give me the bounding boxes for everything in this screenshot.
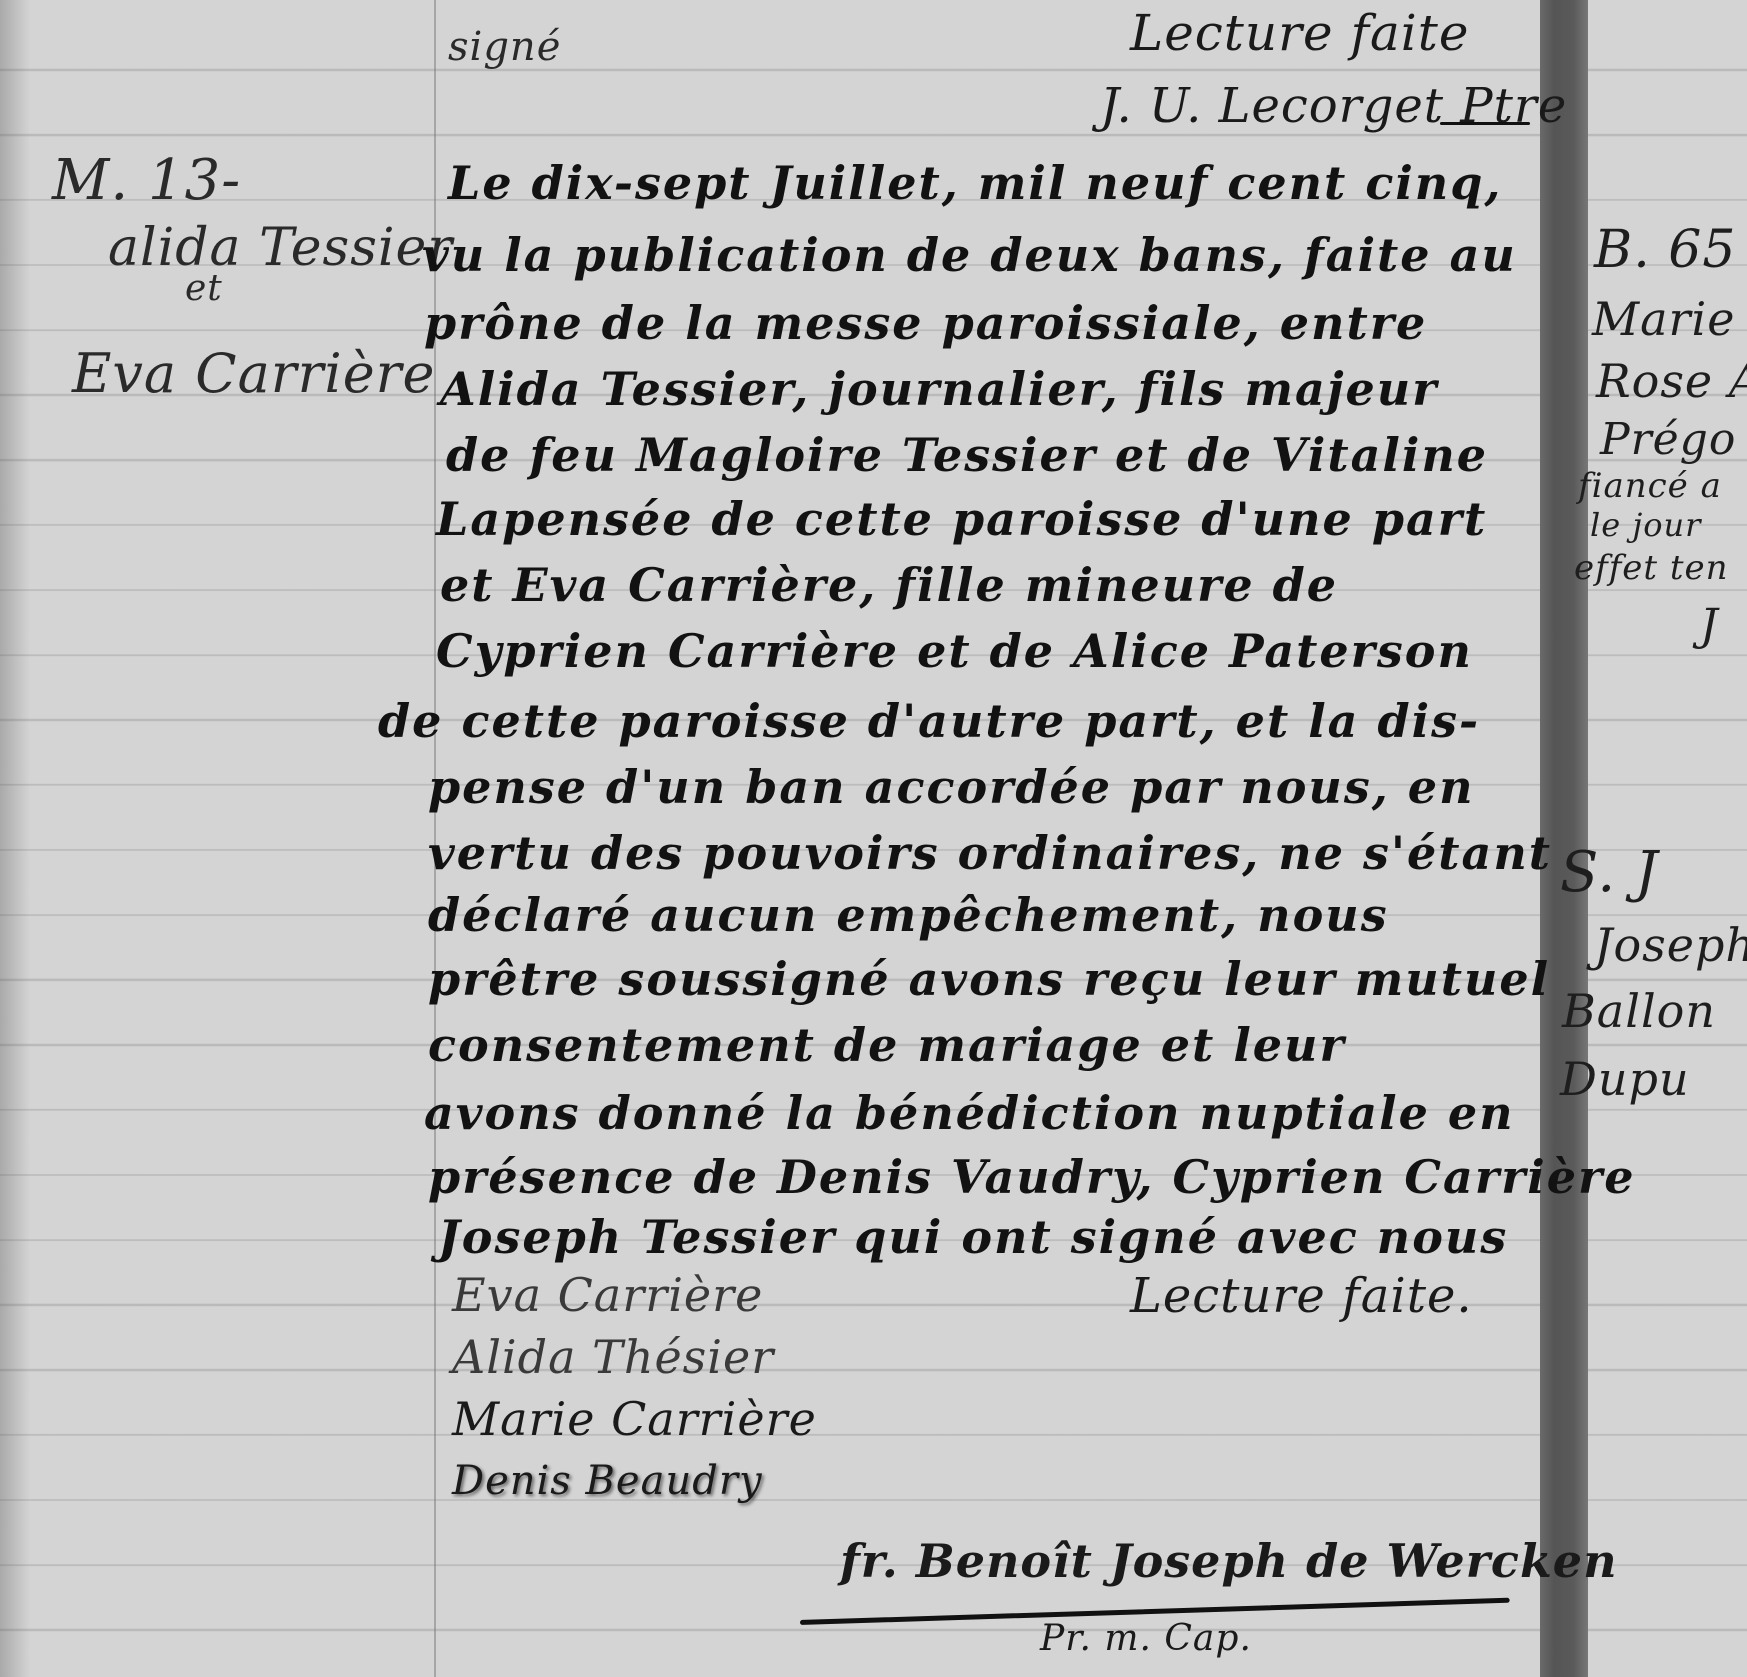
- body-line-8: Cyprien Carrière et de Alice Paterson: [436, 624, 1473, 678]
- body-line-6: Lapensée de cette paroisse d'une part: [436, 492, 1487, 546]
- right-line-2: Rose Al: [1596, 354, 1747, 408]
- body-line-7: et Eva Carrière, fille mineure de: [440, 558, 1338, 612]
- right-line-7: J: [1700, 600, 1719, 651]
- right-lower-line-2: Ballon: [1562, 984, 1716, 1038]
- margin-bride-name: Eva Carrière: [72, 342, 435, 405]
- header-closing-note: Lecture faite: [1130, 4, 1469, 62]
- right-lower-line-3: Dupu: [1560, 1052, 1690, 1106]
- signature-bride: Eva Carrière: [452, 1268, 763, 1322]
- body-line-3: prône de la messe paroissiale, entre: [424, 296, 1427, 350]
- body-line-12: déclaré aucun empêchement, nous: [428, 888, 1389, 942]
- officiant-title: Pr. m. Cap.: [1040, 1618, 1252, 1659]
- body-line-13: prêtre soussigné avons reçu leur mutuel: [428, 952, 1550, 1006]
- body-line-17: Joseph Tessier qui ont signé avec nous: [438, 1210, 1508, 1264]
- body-line-1: Le dix-sept Juillet, mil neuf cent cinq,: [448, 156, 1502, 210]
- body-line-4: Alida Tessier, journalier, fils majeur: [440, 362, 1438, 416]
- signature-witness-1: Marie Carrière: [452, 1392, 817, 1446]
- body-line-5: de feu Magloire Tessier et de Vitaline: [446, 428, 1488, 482]
- right-lower-entry: S. J: [1560, 840, 1658, 905]
- margin-conjunction: et: [185, 268, 223, 309]
- closing-note: Lecture faite.: [1130, 1268, 1473, 1324]
- body-line-10: pense d'un ban accordée par nous, en: [428, 760, 1475, 814]
- header-signature-underline: [1440, 122, 1530, 125]
- right-line-4: fiancé a: [1578, 466, 1722, 506]
- right-line-6: effet ten: [1574, 548, 1729, 588]
- record-number: M. 13-: [52, 148, 241, 213]
- header-priest-signature: J. U. Lecorget Ptre: [1100, 78, 1567, 134]
- header-fragment-left: signé: [448, 24, 561, 70]
- right-line-3: Prégo: [1600, 414, 1736, 465]
- body-line-15: avons donné la bénédiction nuptiale en: [424, 1086, 1515, 1140]
- signature-groom: Alida Thésier: [452, 1330, 774, 1384]
- body-line-11: vertu des pouvoirs ordinaires, ne s'étan…: [428, 826, 1552, 880]
- body-line-14: consentement de mariage et leur: [428, 1018, 1346, 1072]
- body-line-16: présence de Denis Vaudry, Cyprien Carriè…: [428, 1150, 1636, 1204]
- right-line-1: Marie Fr: [1592, 292, 1747, 346]
- register-page: signé Lecture faite J. U. Lecorget Ptre …: [0, 0, 1747, 1677]
- officiant-signature: fr. Benoît Joseph de Wercken: [840, 1534, 1618, 1588]
- signature-witness-2: Denis Beaudry: [452, 1458, 763, 1504]
- body-line-9: de cette paroisse d'autre part, et la di…: [378, 694, 1480, 748]
- body-line-2: vu la publication de deux bans, faite au: [422, 228, 1517, 282]
- right-line-5: le jour: [1590, 506, 1701, 544]
- right-lower-line-1: Joseph: [1594, 918, 1747, 972]
- margin-groom-name: alida Tessier: [108, 218, 453, 278]
- right-entry-number: B. 65: [1594, 220, 1736, 280]
